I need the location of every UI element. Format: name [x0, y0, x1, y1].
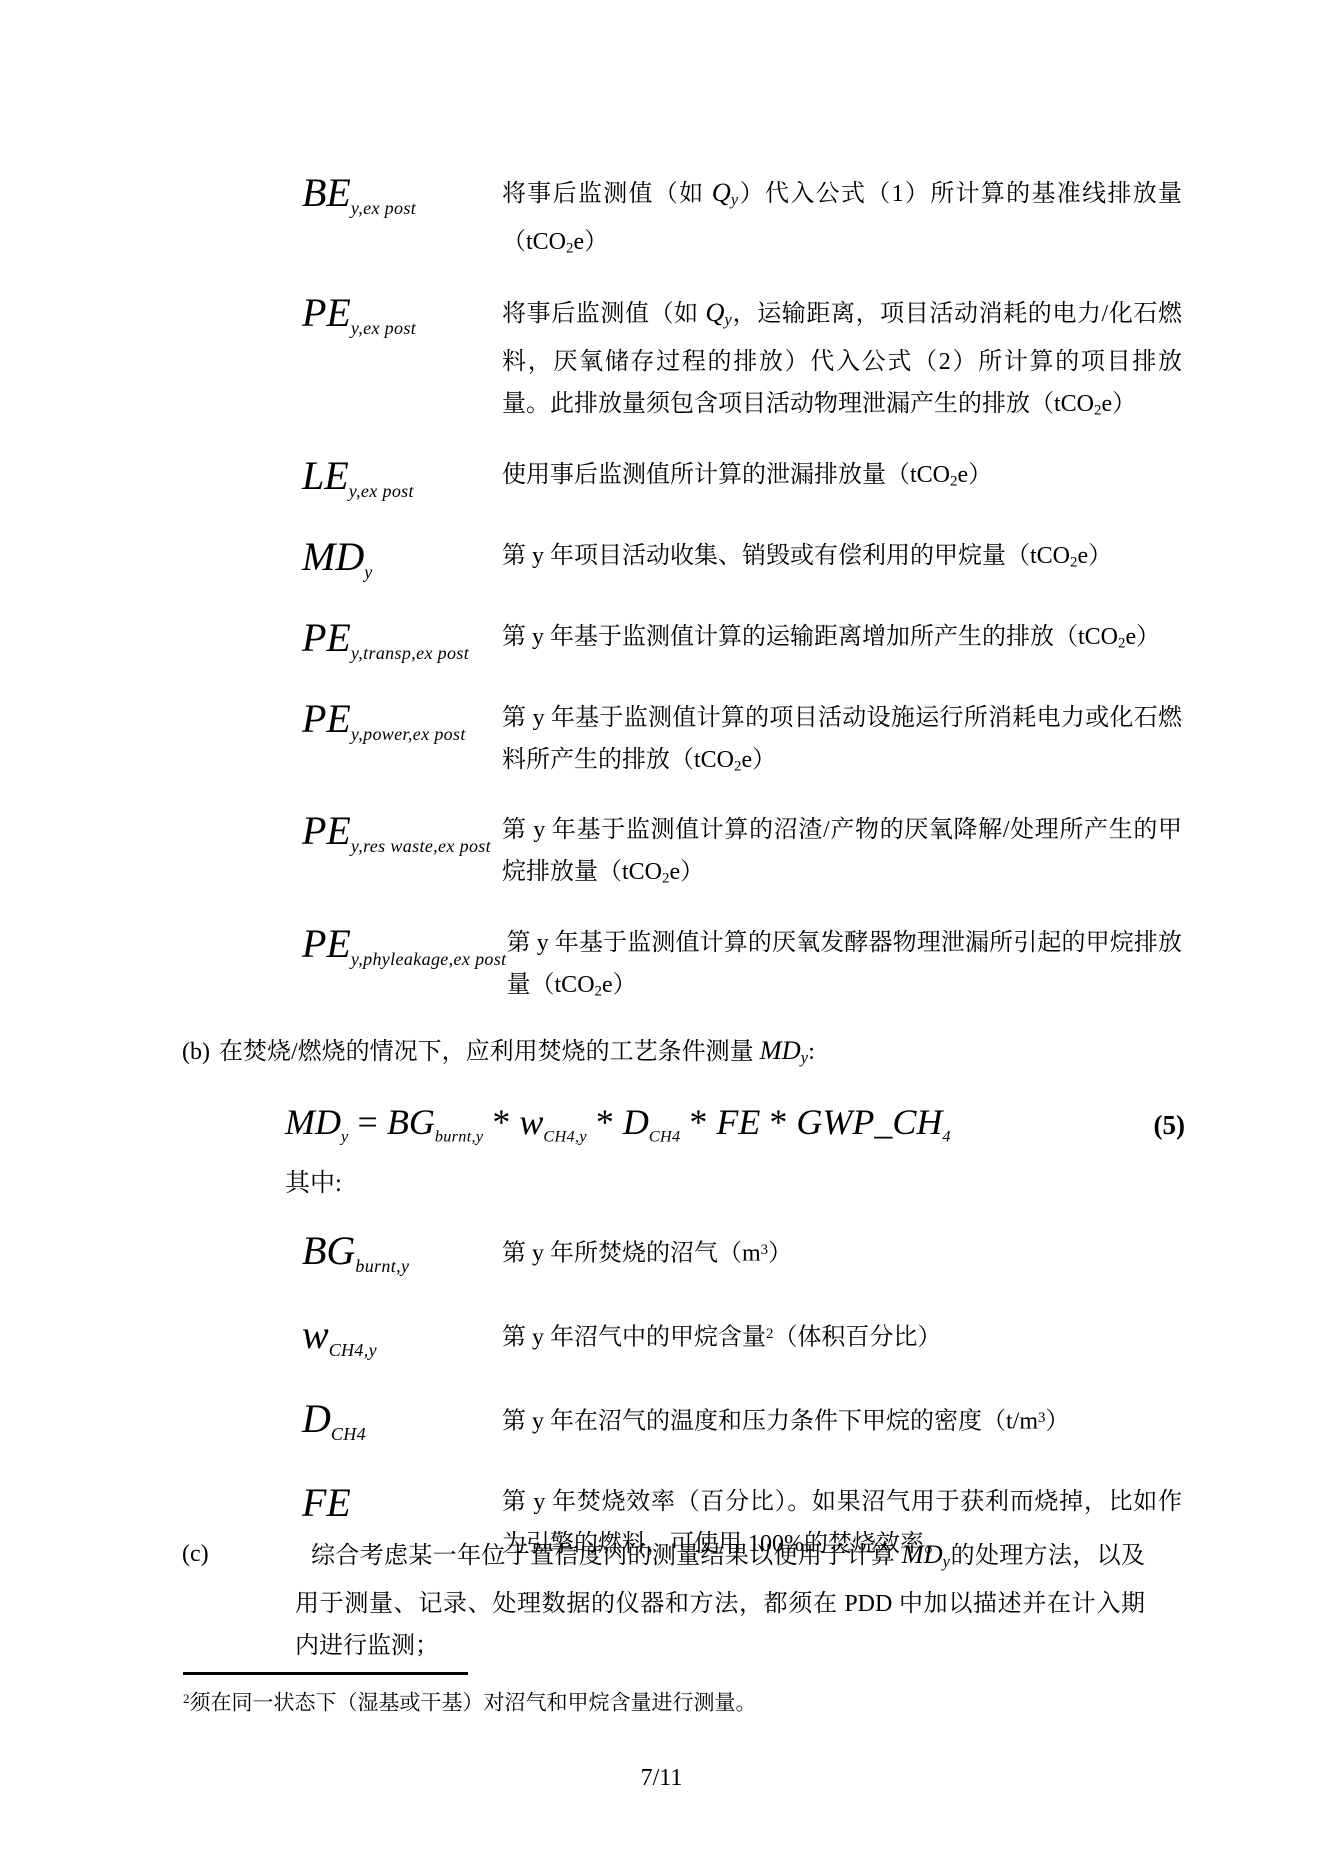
text-run: 第 y 年基于监测值计算的运输距离增加所产生的排放（tCO [502, 624, 1118, 650]
variable-term: PEy,ex post [302, 291, 502, 350]
variable-term: PEy,power,ex post [302, 697, 502, 756]
text-run: PE [302, 290, 351, 335]
text-run: * [680, 1102, 716, 1142]
variable-description: 第 y 年基于监测值计算的项目活动设施运行所消耗电力或化石燃料所产生的排放（tC… [502, 697, 1182, 787]
text-run: w [302, 1312, 329, 1357]
text-run: 第 y 年项目活动收集、销毁或有偿利用的甲烷量（tCO [502, 543, 1070, 569]
definition-row: DCH4 第 y 年在沼气的温度和压力条件下甲烷的密度（t/m3） [302, 1397, 1182, 1456]
text-run: 在焚烧/燃烧的情况下，应利用焚烧的工艺条件测量 [219, 1039, 760, 1065]
superscript: 3 [761, 1242, 768, 1258]
subscript: 4 [942, 1127, 950, 1145]
text-run: MD [302, 534, 364, 579]
where-label: 其中: [285, 1163, 342, 1205]
text-run: * [760, 1102, 796, 1142]
text-run: _ [874, 1102, 892, 1142]
text-run: e） [1077, 543, 1112, 569]
text-run: 第 y 年基于监测值计算的项目活动设施运行所消耗电力或化石燃料所产生的排放（tC… [502, 705, 1182, 773]
text-run: MD [760, 1035, 801, 1065]
definition-row: BEy,ex post 将事后监测值（如 Qy）代入公式（1）所计算的基准线排放… [302, 171, 1182, 269]
text-run: ） [768, 1241, 792, 1267]
text-run: PE [302, 808, 351, 853]
text-run: 使用事后监测值所计算的泄漏排放量（tCO [502, 462, 950, 488]
variable-description: 将事后监测值（如 Qy）代入公式（1）所计算的基准线排放量（tCO2e） [502, 171, 1182, 269]
text-run: e） [669, 859, 704, 885]
text-run: 第 y 年基于监测值计算的沼渣/产物的厌氧降解/处理所产生的甲烷排放量（tCO [502, 817, 1182, 885]
text-run: D [623, 1102, 649, 1142]
paragraph-c-text: 综合考虑某一年位于置信度内的测量结果以便用于计算 MDy的处理方法，以及用于测量… [295, 1533, 1145, 1667]
definition-row: BGburnt,y 第 y 年所焚烧的沼气（m3） [302, 1229, 1182, 1288]
text-run: 第 y 年所焚烧的沼气（m [502, 1241, 761, 1267]
definition-list-emissions: BEy,ex post 将事后监测值（如 Qy）代入公式（1）所计算的基准线排放… [302, 171, 1182, 1034]
subscript: y,phyleakage,ex post [351, 949, 507, 969]
footnote-separator-rule [183, 1672, 468, 1675]
text-run: MD [285, 1102, 341, 1142]
subscript: CH4 [649, 1127, 681, 1145]
variable-term: FE [302, 1481, 502, 1525]
variable-description: 第 y 年基于监测值计算的沼渣/产物的厌氧降解/处理所产生的甲烷排放量（tCO2… [502, 809, 1182, 899]
text-run: FE [302, 1480, 351, 1525]
definition-row: LEy,ex post 使用事后监测值所计算的泄漏排放量（tCO2e） [302, 454, 1182, 513]
subscript: burnt,y [435, 1127, 484, 1145]
text-run: （体积百分比） [773, 1325, 941, 1351]
text-run: ） [1045, 1409, 1069, 1435]
text-run: GWP [796, 1102, 874, 1142]
subscript: y,ex post [349, 481, 414, 501]
variable-term: PEy,phyleakage,ex post [302, 922, 507, 981]
subscript: y,transp,ex post [351, 643, 469, 663]
text-run: w [519, 1102, 543, 1142]
variable-description: 将事后监测值（如 Qy，运输距离，项目活动消耗的电力/化石燃料，厌氧储存过程的排… [502, 291, 1182, 431]
text-run: e） [602, 972, 637, 998]
variable-term: LEy,ex post [302, 454, 502, 513]
variable-term: DCH4 [302, 1397, 502, 1456]
page-number: 7/11 [0, 1765, 1323, 1792]
text-run: D [302, 1396, 331, 1441]
variable-description: 第 y 年所焚烧的沼气（m3） [502, 1229, 1182, 1275]
definition-row: PEy,transp,ex post 第 y 年基于监测值计算的运输距离增加所产… [302, 616, 1182, 675]
variable-term: PEy,res waste,ex post [302, 809, 502, 868]
text-run: * [587, 1102, 623, 1142]
text-run: PE [302, 615, 351, 660]
variable-description: 使用事后监测值所计算的泄漏排放量（tCO2e） [502, 454, 1182, 502]
text-run: CH [892, 1102, 942, 1142]
text-run: FE [716, 1102, 760, 1142]
text-run: 综合考虑某一年位于置信度内的测量结果以便用于计算 [311, 1543, 902, 1569]
footnote: 2须在同一状态下（湿基或干基）对沼气和甲烷含量进行测量。 [183, 1682, 1083, 1720]
subscript: y [364, 562, 372, 582]
subscript: burnt,y [355, 1256, 409, 1276]
text-run: BG [302, 1228, 355, 1273]
variable-term: MDy [302, 535, 502, 594]
text-run: e） [957, 462, 992, 488]
definition-row: PEy,res waste,ex post 第 y 年基于监测值计算的沼渣/产物… [302, 809, 1182, 899]
text-run: 第 y 年沼气中的甲烷含量 [502, 1325, 766, 1351]
equation-5-row: MDy = BGburnt,y * wCH4,y * DCH4 * FE * G… [285, 1094, 1185, 1164]
subscript: y,ex post [351, 318, 416, 338]
definition-row: PEy,power,ex post 第 y 年基于监测值计算的项目活动设施运行所… [302, 697, 1182, 787]
text-run: Q [712, 177, 731, 207]
text-run: MD [902, 1539, 943, 1569]
variable-description: 第 y 年在沼气的温度和压力条件下甲烷的密度（t/m3） [502, 1397, 1182, 1443]
text-run: e） [741, 747, 776, 773]
definition-row: MDy 第 y 年项目活动收集、销毁或有偿利用的甲烷量（tCO2e） [302, 535, 1182, 594]
equation-5-expression: MDy = BGburnt,y * wCH4,y * DCH4 * FE * G… [285, 1094, 951, 1164]
text-run: PE [302, 921, 351, 966]
subscript: y,power,ex post [351, 724, 466, 744]
text-run: e） [573, 229, 608, 255]
subscript: y [341, 1127, 349, 1145]
paragraph-b: (b)在焚烧/燃烧的情况下，应利用焚烧的工艺条件测量 MDy: [182, 1029, 1192, 1079]
document-page: BEy,ex post 将事后监测值（如 Qy）代入公式（1）所计算的基准线排放… [0, 0, 1323, 1871]
subscript: CH4 [331, 1424, 366, 1444]
subscript: y,ex post [351, 198, 416, 218]
text-run: LE [302, 453, 349, 498]
text-run: e） [1125, 624, 1160, 650]
text-run: 将事后监测值（如 [502, 301, 705, 327]
definition-row: PEy,phyleakage,ex post 第 y 年基于监测值计算的厌氧发酵… [302, 922, 1182, 1012]
equation-number: (5) [1154, 1110, 1185, 1141]
paragraph-c-label: (c) [182, 1533, 209, 1575]
text-run: * [483, 1102, 519, 1142]
paragraph-b-label: (b) [182, 1039, 210, 1065]
subscript: y,res waste,ex post [351, 836, 491, 856]
subscript: CH4,y [543, 1127, 586, 1145]
text-run: : [808, 1039, 815, 1065]
variable-description: 第 y 年沼气中的甲烷含量2（体积百分比） [502, 1313, 1182, 1359]
definition-row: wCH4,y 第 y 年沼气中的甲烷含量2（体积百分比） [302, 1313, 1182, 1372]
text-run: BG [387, 1102, 435, 1142]
variable-description: 第 y 年项目活动收集、销毁或有偿利用的甲烷量（tCO2e） [502, 535, 1182, 583]
text-run: PE [302, 696, 351, 741]
text-run: Q [705, 297, 724, 327]
text-run: BE [302, 170, 351, 215]
paragraph-b-text: 在焚烧/燃烧的情况下，应利用焚烧的工艺条件测量 MDy: [219, 1039, 815, 1065]
variable-description: 第 y 年基于监测值计算的运输距离增加所产生的排放（tCO2e） [502, 616, 1182, 664]
subscript: y [724, 310, 732, 329]
subscript: CH4,y [329, 1340, 377, 1360]
text-run: 第 y 年在沼气的温度和压力条件下甲烷的密度（t/m [502, 1409, 1038, 1435]
variable-term: PEy,transp,ex post [302, 616, 502, 675]
variable-term: BGburnt,y [302, 1229, 502, 1288]
variable-term: BEy,ex post [302, 171, 502, 230]
subscript: 2 [595, 983, 602, 999]
text-run: e） [1101, 391, 1136, 417]
variable-description: 第 y 年基于监测值计算的厌氧发酵器物理泄漏所引起的甲烷排放量（tCO2e） [507, 922, 1182, 1012]
variable-term: wCH4,y [302, 1313, 502, 1372]
text-run: 须在同一状态下（湿基或干基）对沼气和甲烷含量进行测量。 [190, 1691, 757, 1715]
definition-row: PEy,ex post 将事后监测值（如 Qy，运输距离，项目活动消耗的电力/化… [302, 291, 1182, 431]
text-run: 将事后监测值（如 [502, 181, 712, 207]
text-run: = [349, 1102, 387, 1142]
